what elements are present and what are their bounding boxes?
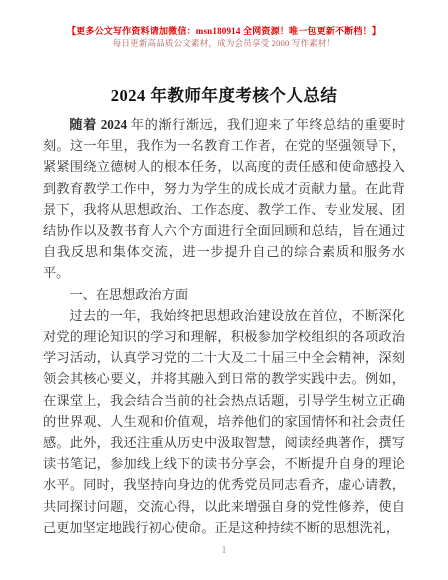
section-heading: 一、在思想政治方面 <box>43 284 405 305</box>
document-body: 2024 年教师年度考核个人总结 随着 2024 年的渐行渐远，我们迎来了年终总… <box>43 85 405 538</box>
watermark-ad-line-1: 【更多公文写作资料请加微信：msn180914 全网资源！唯一包更新不断档！】 <box>0 25 448 37</box>
watermark-ad-line-2: 每日更新高品质公文素材，成为会员享受 2000 写作素材！ <box>0 37 448 49</box>
document-title: 2024 年教师年度考核个人总结 <box>43 85 405 107</box>
page-number: 1 <box>0 545 448 556</box>
document-page: 【更多公文写作资料请加微信：msn180914 全网资源！唯一包更新不断档！】 … <box>0 0 448 580</box>
watermark-ad: 【更多公文写作资料请加微信：msn180914 全网资源！唯一包更新不断档！】 … <box>0 25 448 49</box>
intro-paragraph: 随着 2024 年的渐行渐远，我们迎来了年终总结的重要时刻。这一年里，我作为一名… <box>43 114 405 284</box>
intro-paragraph-text: 年的渐行渐远，我们迎来了年终总结的重要时刻。这一年里，我作为一名教育工作者，在党… <box>43 117 405 280</box>
intro-paragraph-lead: 随着 2024 <box>69 117 127 132</box>
section-paragraph: 过去的一年，我始终把思想政治建设放在首位，不断深化对党的理论知识的学习和理解，积… <box>43 305 405 538</box>
